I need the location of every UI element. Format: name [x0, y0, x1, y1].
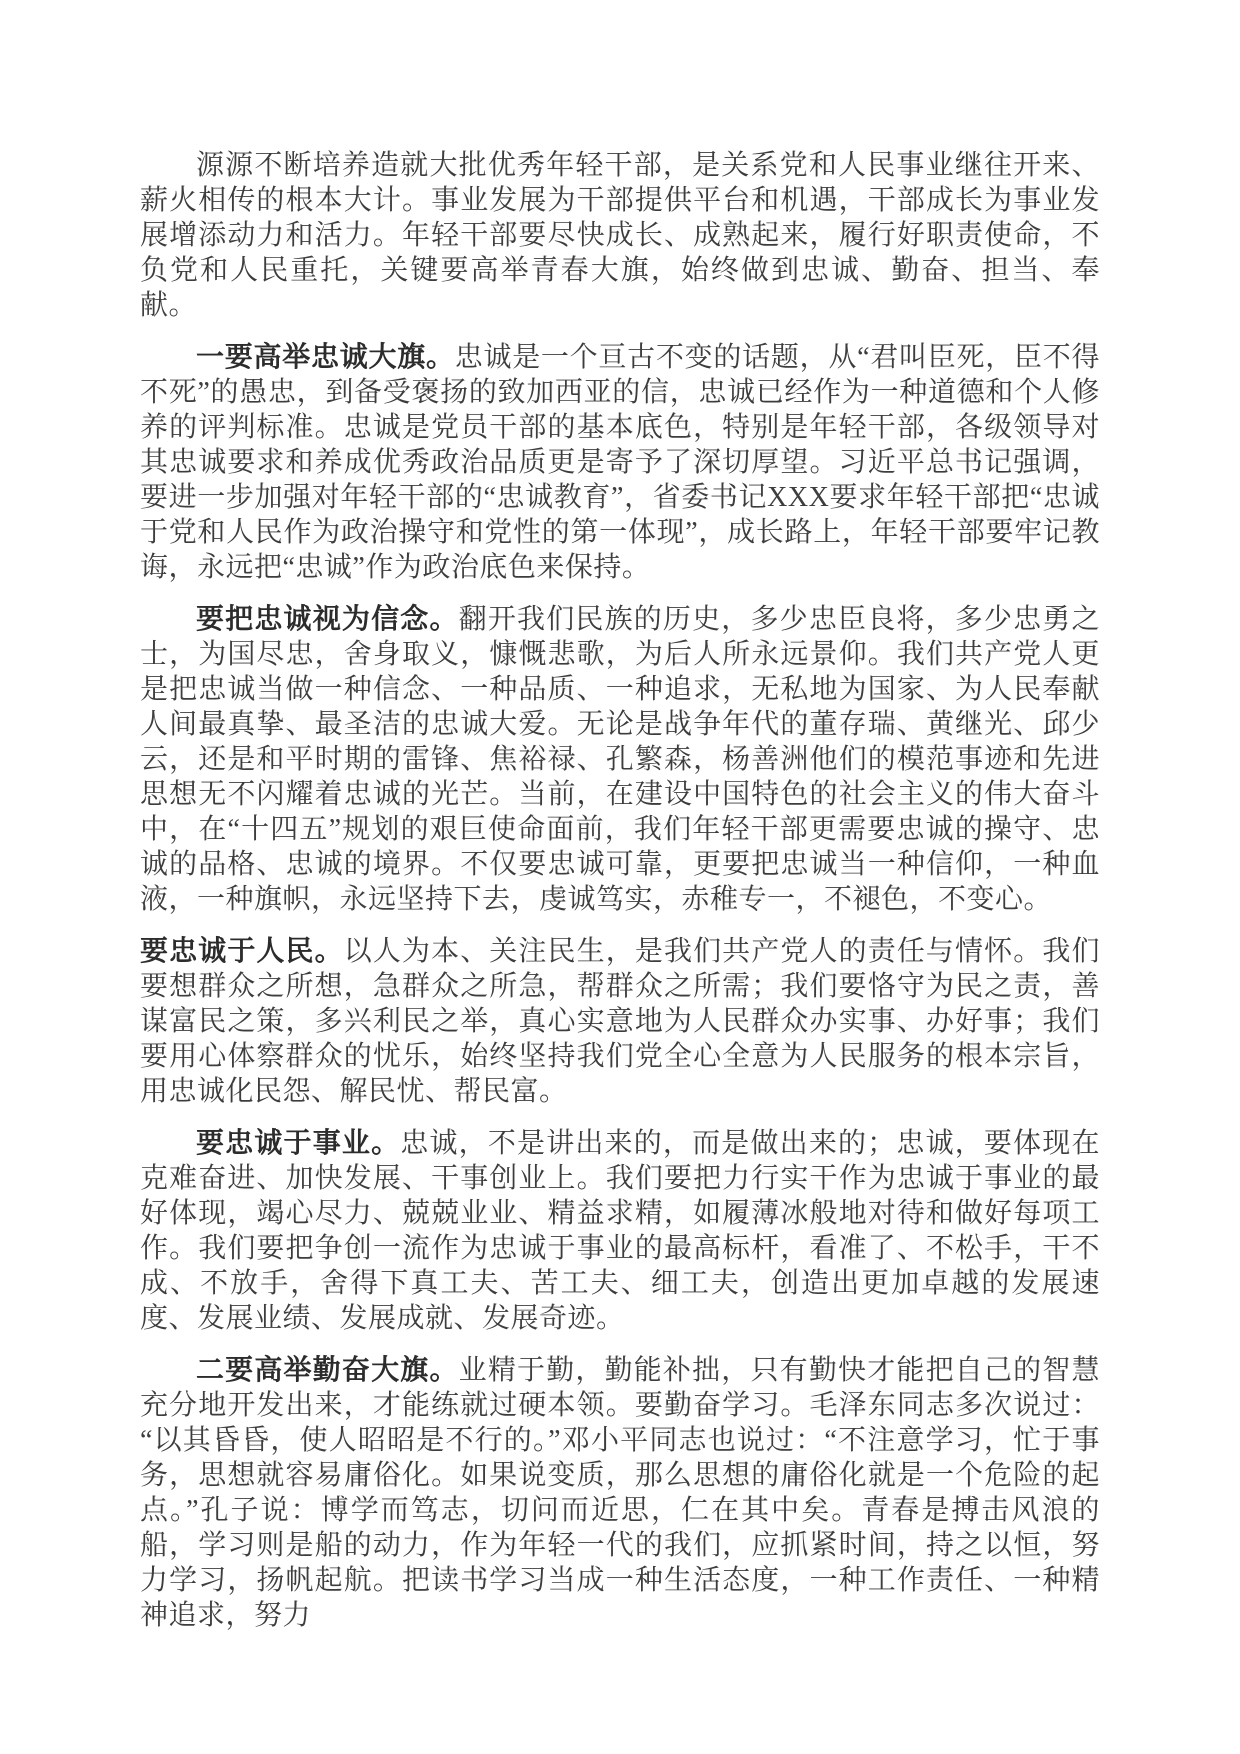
paragraph-lead: 要忠诚于事业。	[196, 1127, 400, 1158]
paragraph-lead: 要把忠诚视为信念。	[196, 603, 459, 634]
paragraph-loyalty-banner: 一要高举忠诚大旗。忠诚是一个亘古不变的话题，从“君叫臣死，臣不得不死”的愚忠，到…	[140, 339, 1100, 585]
paragraph-text: 业精于勤，勤能补拙，只有勤快才能把自己的智慧充分地开发出来，才能练就过硬本领。要…	[140, 1355, 1100, 1631]
paragraph-text: 忠诚，不是讲出来的，而是做出来的；忠诚，要体现在克难奋进、加快发展、干事创业上。…	[140, 1128, 1100, 1334]
paragraph-loyalty-career: 要忠诚于事业。忠诚，不是讲出来的，而是做出来的；忠诚，要体现在克难奋进、加快发展…	[140, 1125, 1100, 1336]
paragraph-lead: 要忠诚于人民。	[140, 935, 344, 966]
paragraph-diligence-banner: 二要高举勤奋大旗。业精于勤，勤能补拙，只有勤快才能把自己的智慧充分地开发出来，才…	[140, 1352, 1100, 1633]
document-page: 源源不断培养造就大批优秀年轻干部，是关系党和人民事业继往开来、薪火相传的根本大计…	[0, 0, 1240, 1754]
paragraph-lead: 一要高举忠诚大旗。	[196, 341, 455, 372]
paragraph-text: 翻开我们民族的历史，多少忠臣良将，多少忠勇之士，为国尽忠，舍身取义，慷慨悲歌，为…	[140, 604, 1100, 915]
document-content: 源源不断培养造就大批优秀年轻干部，是关系党和人民事业继往开来、薪火相传的根本大计…	[140, 147, 1100, 1649]
paragraph-text: 源源不断培养造就大批优秀年轻干部，是关系党和人民事业继往开来、薪火相传的根本大计…	[140, 150, 1100, 321]
paragraph-text: 忠诚是一个亘古不变的话题，从“君叫臣死，臣不得不死”的愚忠，到备受褒扬的致加西亚…	[140, 342, 1100, 583]
paragraph-loyalty-belief: 要把忠诚视为信念。翻开我们民族的历史，多少忠臣良将，多少忠勇之士，为国尽忠，舍身…	[140, 601, 1100, 917]
paragraph-loyalty-people: 要忠诚于人民。以人为本、关注民生，是我们共产党人的责任与情怀。我们要想群众之所想…	[140, 933, 1100, 1109]
paragraph-lead: 二要高举勤奋大旗。	[196, 1354, 459, 1385]
paragraph-intro: 源源不断培养造就大批优秀年轻干部，是关系党和人民事业继往开来、薪火相传的根本大计…	[140, 147, 1100, 323]
